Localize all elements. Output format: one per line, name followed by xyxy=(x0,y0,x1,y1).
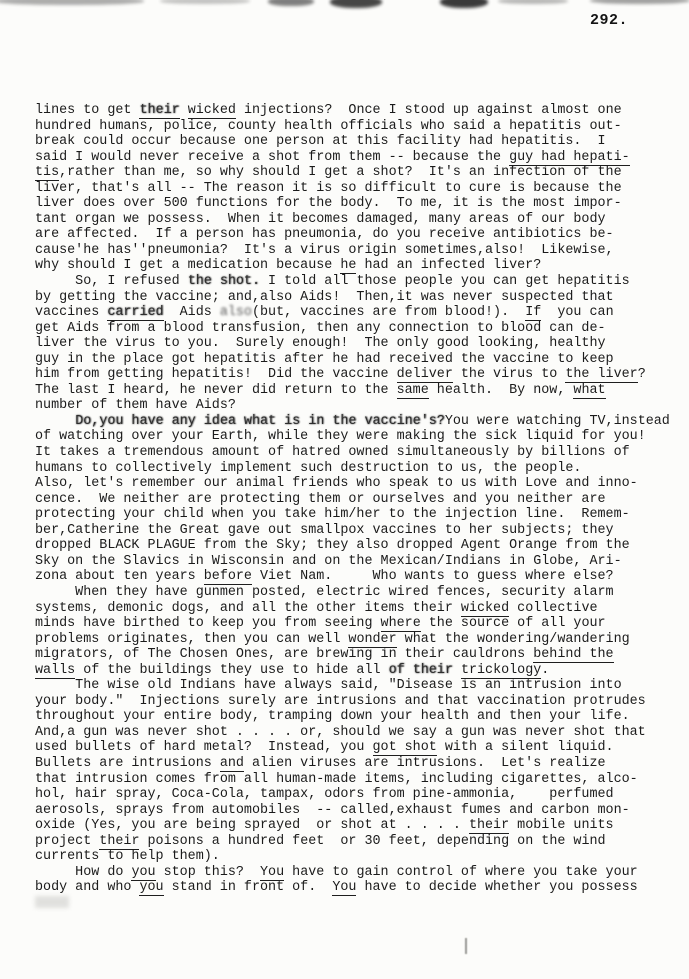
text-segment: walls xyxy=(35,663,75,679)
text-segment xyxy=(180,103,188,118)
photocopy-artifact xyxy=(268,0,314,6)
text-segment: their xyxy=(469,818,509,834)
text-segment: their xyxy=(139,103,179,119)
text-segment: protecting your child when you take him/… xyxy=(35,507,630,522)
text-line: your body." Injections surely are intrus… xyxy=(35,694,670,710)
stray-mark-artifact xyxy=(465,938,467,954)
text-line: The last I heard, he never did return to… xyxy=(35,383,670,399)
text-line: protecting your child when you take him/… xyxy=(35,507,670,523)
text-segment: alien viruses are intrusions. Let's real… xyxy=(244,756,606,771)
text-segment: You xyxy=(332,880,356,896)
text-segment: deliver xyxy=(397,367,453,383)
text-segment: the liver xyxy=(565,367,637,383)
text-segment: said I would never receive a shot from t… xyxy=(35,150,509,165)
text-line: throughout your entire body, tramping do… xyxy=(35,709,670,725)
text-line: guy in the place got hepatitis after he … xyxy=(35,352,670,368)
text-segment: aerosols, sprays from automobiles -- cal… xyxy=(35,803,630,818)
text-line: walls of the buildings they use to hide … xyxy=(35,663,670,679)
text-segment: on the wind xyxy=(509,834,605,849)
text-line: used bullets of hard metal? Instead, you… xyxy=(35,740,670,756)
text-line: ber,Catherine the Great gave out smallpo… xyxy=(35,523,670,539)
photocopy-artifact xyxy=(498,0,568,4)
text-segment: you xyxy=(131,865,155,881)
text-line: liver the virus to you. Surely enough! T… xyxy=(35,336,670,352)
text-line: of watching over your Earth, while they … xyxy=(35,429,670,445)
text-line: liver, that's all -- The reason it is so… xyxy=(35,181,670,197)
text-segment: mobile units xyxy=(509,818,613,833)
text-line: aerosols, sprays from automobiles -- cal… xyxy=(35,803,670,819)
text-line: by getting the vaccine; and,also Aids! T… xyxy=(35,290,670,306)
text-segment: wonder xyxy=(348,632,396,648)
text-segment: before xyxy=(204,569,252,585)
text-segment: that intrusion comes from all human-made… xyxy=(35,772,638,787)
text-segment: nding xyxy=(469,833,509,849)
text-line: migrators, of The Chosen Ones, are brewi… xyxy=(35,647,670,663)
text-line: Bullets are intrusions and alien viruses… xyxy=(35,756,670,772)
text-line: problems originates, then you can well w… xyxy=(35,632,670,648)
text-segment: throughout your entire body, tramping do… xyxy=(35,709,630,724)
text-segment: got shot xyxy=(373,740,437,756)
text-segment: . xyxy=(541,663,549,678)
text-segment: Viet Nam. Who wants to guess where else? xyxy=(252,569,614,584)
text-line: And,a gun was never shot . . . . or, sho… xyxy=(35,725,670,741)
text-segment: hol, hair spray, Coca-Cola, tampax, odor… xyxy=(35,787,614,802)
text-line: The wise old Indians have always said, "… xyxy=(35,678,670,694)
text-segment: project xyxy=(35,834,99,849)
text-segment: hundred humans, police, county health of… xyxy=(35,119,622,134)
text-segment: collective xyxy=(509,601,597,616)
text-segment: have to gain control of where you take y… xyxy=(284,865,638,880)
text-segment: liver the virus to you. Surely enough! T… xyxy=(35,336,606,351)
text-segment: with a silent liquid. xyxy=(437,740,614,755)
text-segment: How do xyxy=(35,865,131,880)
text-segment: he xyxy=(340,258,356,274)
text-line: cause'he has''pneumonia? It's a virus or… xyxy=(35,243,670,259)
text-segment: your body." Injections surely are intrus… xyxy=(35,694,646,709)
text-segment: you xyxy=(139,880,163,896)
page-number: 292. xyxy=(590,12,628,29)
text-segment: of watching over your Earth, while they … xyxy=(35,429,646,444)
text-segment: guy in the place got hepatitis after he … xyxy=(35,352,614,367)
text-segment: stand in front of. xyxy=(164,880,333,895)
text-segment: where xyxy=(381,616,421,632)
text-segment: injections? Once I stood up against almo… xyxy=(236,103,622,118)
text-segment: liver does over 500 functions for the bo… xyxy=(35,196,622,211)
typewritten-page: 292. lines to get their wicked injection… xyxy=(0,0,689,979)
text-line: Sky on the Slavics in Wisconsin and on t… xyxy=(35,554,670,570)
text-segment: vaccines xyxy=(35,305,107,320)
text-segment: number of them have Aids? xyxy=(35,398,236,413)
text-segment: him from getting hepatitis! Did the vacc… xyxy=(35,367,397,382)
text-segment: same xyxy=(397,383,429,399)
text-segment: are affected. If a person has pneumonia,… xyxy=(35,227,614,242)
text-line: Do,you have any idea what is in the vacc… xyxy=(35,414,670,430)
text-line: said I would never receive a shot from t… xyxy=(35,150,670,166)
text-segment: ? xyxy=(638,367,646,382)
text-segment: and xyxy=(220,756,244,772)
text-segment: their xyxy=(99,834,139,850)
text-line: oxide (Yes, you are being sprayed or sho… xyxy=(35,818,670,834)
text-line: get Aids from a blood transfusion, then … xyxy=(35,321,670,337)
text-segment: break could occur because one person at … xyxy=(35,134,606,149)
text-line: How do you stop this? You have to gain c… xyxy=(35,865,670,881)
text-segment: of the buildings they use to hide all xyxy=(75,663,388,678)
text-segment: guy had hepati- xyxy=(509,150,630,166)
text-segment: And,a gun was never shot . . . . or, sho… xyxy=(35,725,646,740)
text-segment: Do,you have any idea what is in the vacc… xyxy=(75,414,445,429)
text-line: break could occur because one person at … xyxy=(35,134,670,150)
text-segment: dropped BLACK PLAGUE from the Sky; they … xyxy=(35,538,630,553)
text-segment: of their xyxy=(389,663,453,678)
photocopy-artifact xyxy=(0,0,144,5)
text-segment: behind the xyxy=(533,647,613,663)
text-line: body and who you stand in front of. You … xyxy=(35,880,670,896)
text-segment: what the wondering/wandering xyxy=(397,632,630,647)
text-segment: So, I refused xyxy=(35,274,188,289)
photocopy-artifact xyxy=(590,0,689,4)
text-segment: You were watching TV,instead xyxy=(445,414,670,429)
text-segment: ,rather than me, so why should I get a s… xyxy=(59,165,622,180)
text-segment: Aids xyxy=(164,305,220,320)
text-line: minds have birthed to keep you from seei… xyxy=(35,616,670,632)
text-line: When they have gunmen posted, electric w… xyxy=(35,585,670,601)
text-line: are affected. If a person has pneumonia,… xyxy=(35,227,670,243)
text-line: liver does over 500 functions for the bo… xyxy=(35,196,670,212)
text-line: tis,rather than me, so why should I get … xyxy=(35,165,670,181)
text-segment: When they have gunmen posted, electric w… xyxy=(35,585,614,600)
text-line: lines to get their wicked injections? On… xyxy=(35,103,670,119)
text-segment xyxy=(35,414,75,429)
text-segment: The last I heard, he never did return to… xyxy=(35,383,397,398)
document-body: lines to get their wicked injections? On… xyxy=(35,103,670,896)
text-segment: used bullets of hard metal? Instead, you xyxy=(35,740,373,755)
text-line: zona about ten years before Viet Nam. Wh… xyxy=(35,569,670,585)
text-line: vaccines carried Aids also(but, vaccines… xyxy=(35,305,670,321)
text-segment: poisons a hundred feet or 30 feet, depe xyxy=(139,834,468,849)
text-segment: tant organ we possess. When it becomes d… xyxy=(35,212,606,227)
text-line: number of them have Aids? xyxy=(35,398,670,414)
text-segment: body and who xyxy=(35,880,139,895)
text-segment: by getting the vaccine; and,also Aids! T… xyxy=(35,290,614,305)
text-segment: also xyxy=(220,305,252,320)
text-segment: what xyxy=(573,383,605,399)
text-segment: wicked xyxy=(461,601,509,617)
text-segment: ber,Catherine the Great gave out smallpo… xyxy=(35,523,614,538)
text-segment: You xyxy=(260,865,284,881)
erased-text-artifact xyxy=(35,896,69,908)
text-segment: If xyxy=(525,305,541,321)
text-segment: migrators, of The Chosen Ones, are brewi… xyxy=(35,647,533,662)
text-line: that intrusion comes from all human-made… xyxy=(35,772,670,788)
text-line: him from getting hepatitis! Did the vacc… xyxy=(35,367,670,383)
text-line: It takes a tremendous amount of hatred o… xyxy=(35,445,670,461)
text-segment: trickology xyxy=(461,663,541,679)
text-line: project their poisons a hundred feet or … xyxy=(35,834,670,850)
text-segment: Sky on the Slavics in Wisconsin and on t… xyxy=(35,554,622,569)
photocopy-artifact xyxy=(330,0,382,8)
photocopy-artifact xyxy=(440,0,488,8)
text-segment: you can xyxy=(541,305,613,320)
text-segment: problems originates, then you can well xyxy=(35,632,348,647)
text-segment: systems, demonic dogs, and all the other… xyxy=(35,601,461,616)
text-line: hol, hair spray, Coca-Cola, tampax, odor… xyxy=(35,787,670,803)
text-line: cence. We neither are protecting them or… xyxy=(35,492,670,508)
text-line: why should I get a medication because he… xyxy=(35,258,670,274)
text-line: currents to help them). xyxy=(35,849,670,865)
text-segment: I told all those people you can get hepa… xyxy=(260,274,630,289)
text-segment: Bullets are intrusions xyxy=(35,756,220,771)
text-line: tant organ we possess. When it becomes d… xyxy=(35,212,670,228)
text-segment: (but, vaccines are from blood!). xyxy=(252,305,525,320)
text-segment xyxy=(453,663,461,678)
text-segment: stop this? xyxy=(156,865,260,880)
text-segment: zona about ten years xyxy=(35,569,204,584)
text-segment: lines to get xyxy=(35,103,139,118)
text-segment: Also, let's remember our animal friends … xyxy=(35,476,638,491)
text-segment: oxide (Yes, you are being sprayed or sho… xyxy=(35,818,469,833)
text-segment: wicked xyxy=(188,103,236,119)
photocopy-artifact xyxy=(160,0,250,4)
text-segment: why should I get a medication because xyxy=(35,258,340,273)
text-segment: humans to collectively implement such de… xyxy=(35,461,581,476)
text-segment: had an infected liver? xyxy=(356,258,541,273)
text-segment: have to decide whether you possess xyxy=(356,880,637,895)
text-segment: The wise old Indians have always said, "… xyxy=(35,678,622,693)
text-line: So, I refused the shot. I told all those… xyxy=(35,274,670,290)
text-segment: get Aids from a blood transfusion, then … xyxy=(35,321,606,336)
text-segment: tis xyxy=(35,165,59,181)
text-line: systems, demonic dogs, and all the other… xyxy=(35,601,670,617)
text-segment: the shot. xyxy=(188,274,260,289)
text-segment: health. By now, xyxy=(429,383,574,398)
text-segment: carried xyxy=(107,305,163,321)
text-line: hundred humans, police, county health of… xyxy=(35,119,670,135)
text-segment: minds have birthed to keep you from seei… xyxy=(35,616,381,631)
text-line: Also, let's remember our animal friends … xyxy=(35,476,670,492)
text-segment: the virus to xyxy=(453,367,566,382)
text-line: humans to collectively implement such de… xyxy=(35,461,670,477)
text-line: dropped BLACK PLAGUE from the Sky; they … xyxy=(35,538,670,554)
text-segment: cause'he has''pneumonia? It's a virus or… xyxy=(35,243,614,258)
text-segment: cence. We neither are protecting them or… xyxy=(35,492,606,507)
text-segment: liver, that's all -- The reason it is so… xyxy=(35,181,622,196)
text-segment: It takes a tremendous amount of hatred o… xyxy=(35,445,630,460)
text-segment: currents to help them). xyxy=(35,849,220,864)
text-segment: the source of all your xyxy=(421,616,606,631)
